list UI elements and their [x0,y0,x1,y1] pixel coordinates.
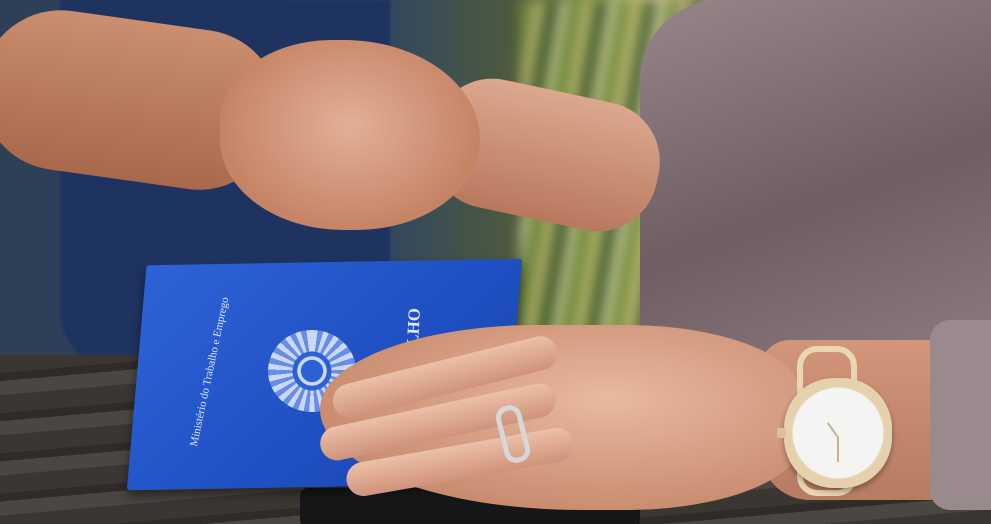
watch-minute-hand [837,436,839,462]
mauve-blouse-sleeve [640,0,991,360]
photo-scene: Ministério do Trabalho e Emprego RA DE T… [0,0,991,524]
watch-crown [777,428,786,438]
wristwatch-icon [784,378,892,488]
blouse-cuff [930,320,991,510]
